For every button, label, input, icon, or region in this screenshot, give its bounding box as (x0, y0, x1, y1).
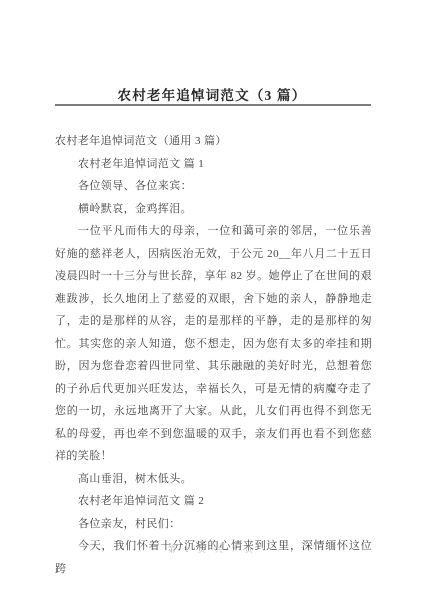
paragraph: 农村老年追悼词范文（通用 3 篇） (55, 130, 372, 153)
paragraph: 今天，我们怀着十分沉痛的心情来到这里，深情缅怀这位跨 (55, 535, 372, 580)
title-divider (55, 104, 371, 106)
paragraph: 一位平凡而伟大的母亲，一位和蔼可亲的邻居，一位乐善好施的慈祥老人，因病医治无效，… (55, 220, 372, 468)
paragraph: 农村老年追悼词范文 篇 1 (55, 153, 372, 176)
paragraph: 各位领导、各位来宾： (55, 175, 372, 198)
document-body: 农村老年追悼词范文（通用 3 篇）农村老年追悼词范文 篇 1各位领导、各位来宾：… (55, 130, 372, 580)
document-page: 农村老年追悼词范文（3 篇） 农村老年追悼词范文（通用 3 篇）农村老年追悼词范… (0, 0, 424, 600)
paragraph: 各位亲友，村民们： (55, 513, 372, 536)
document-title: 农村老年追悼词范文（3 篇） (0, 84, 424, 104)
paragraph: 横岭默哀，金鸡挥泪。 (55, 198, 372, 221)
paragraph: 高山垂泪，树木低头。 (55, 468, 372, 491)
paragraph: 农村老年追悼词范文 篇 2 (55, 490, 372, 513)
page-footer-text: 第 1 页 共 7 页 (0, 544, 424, 555)
